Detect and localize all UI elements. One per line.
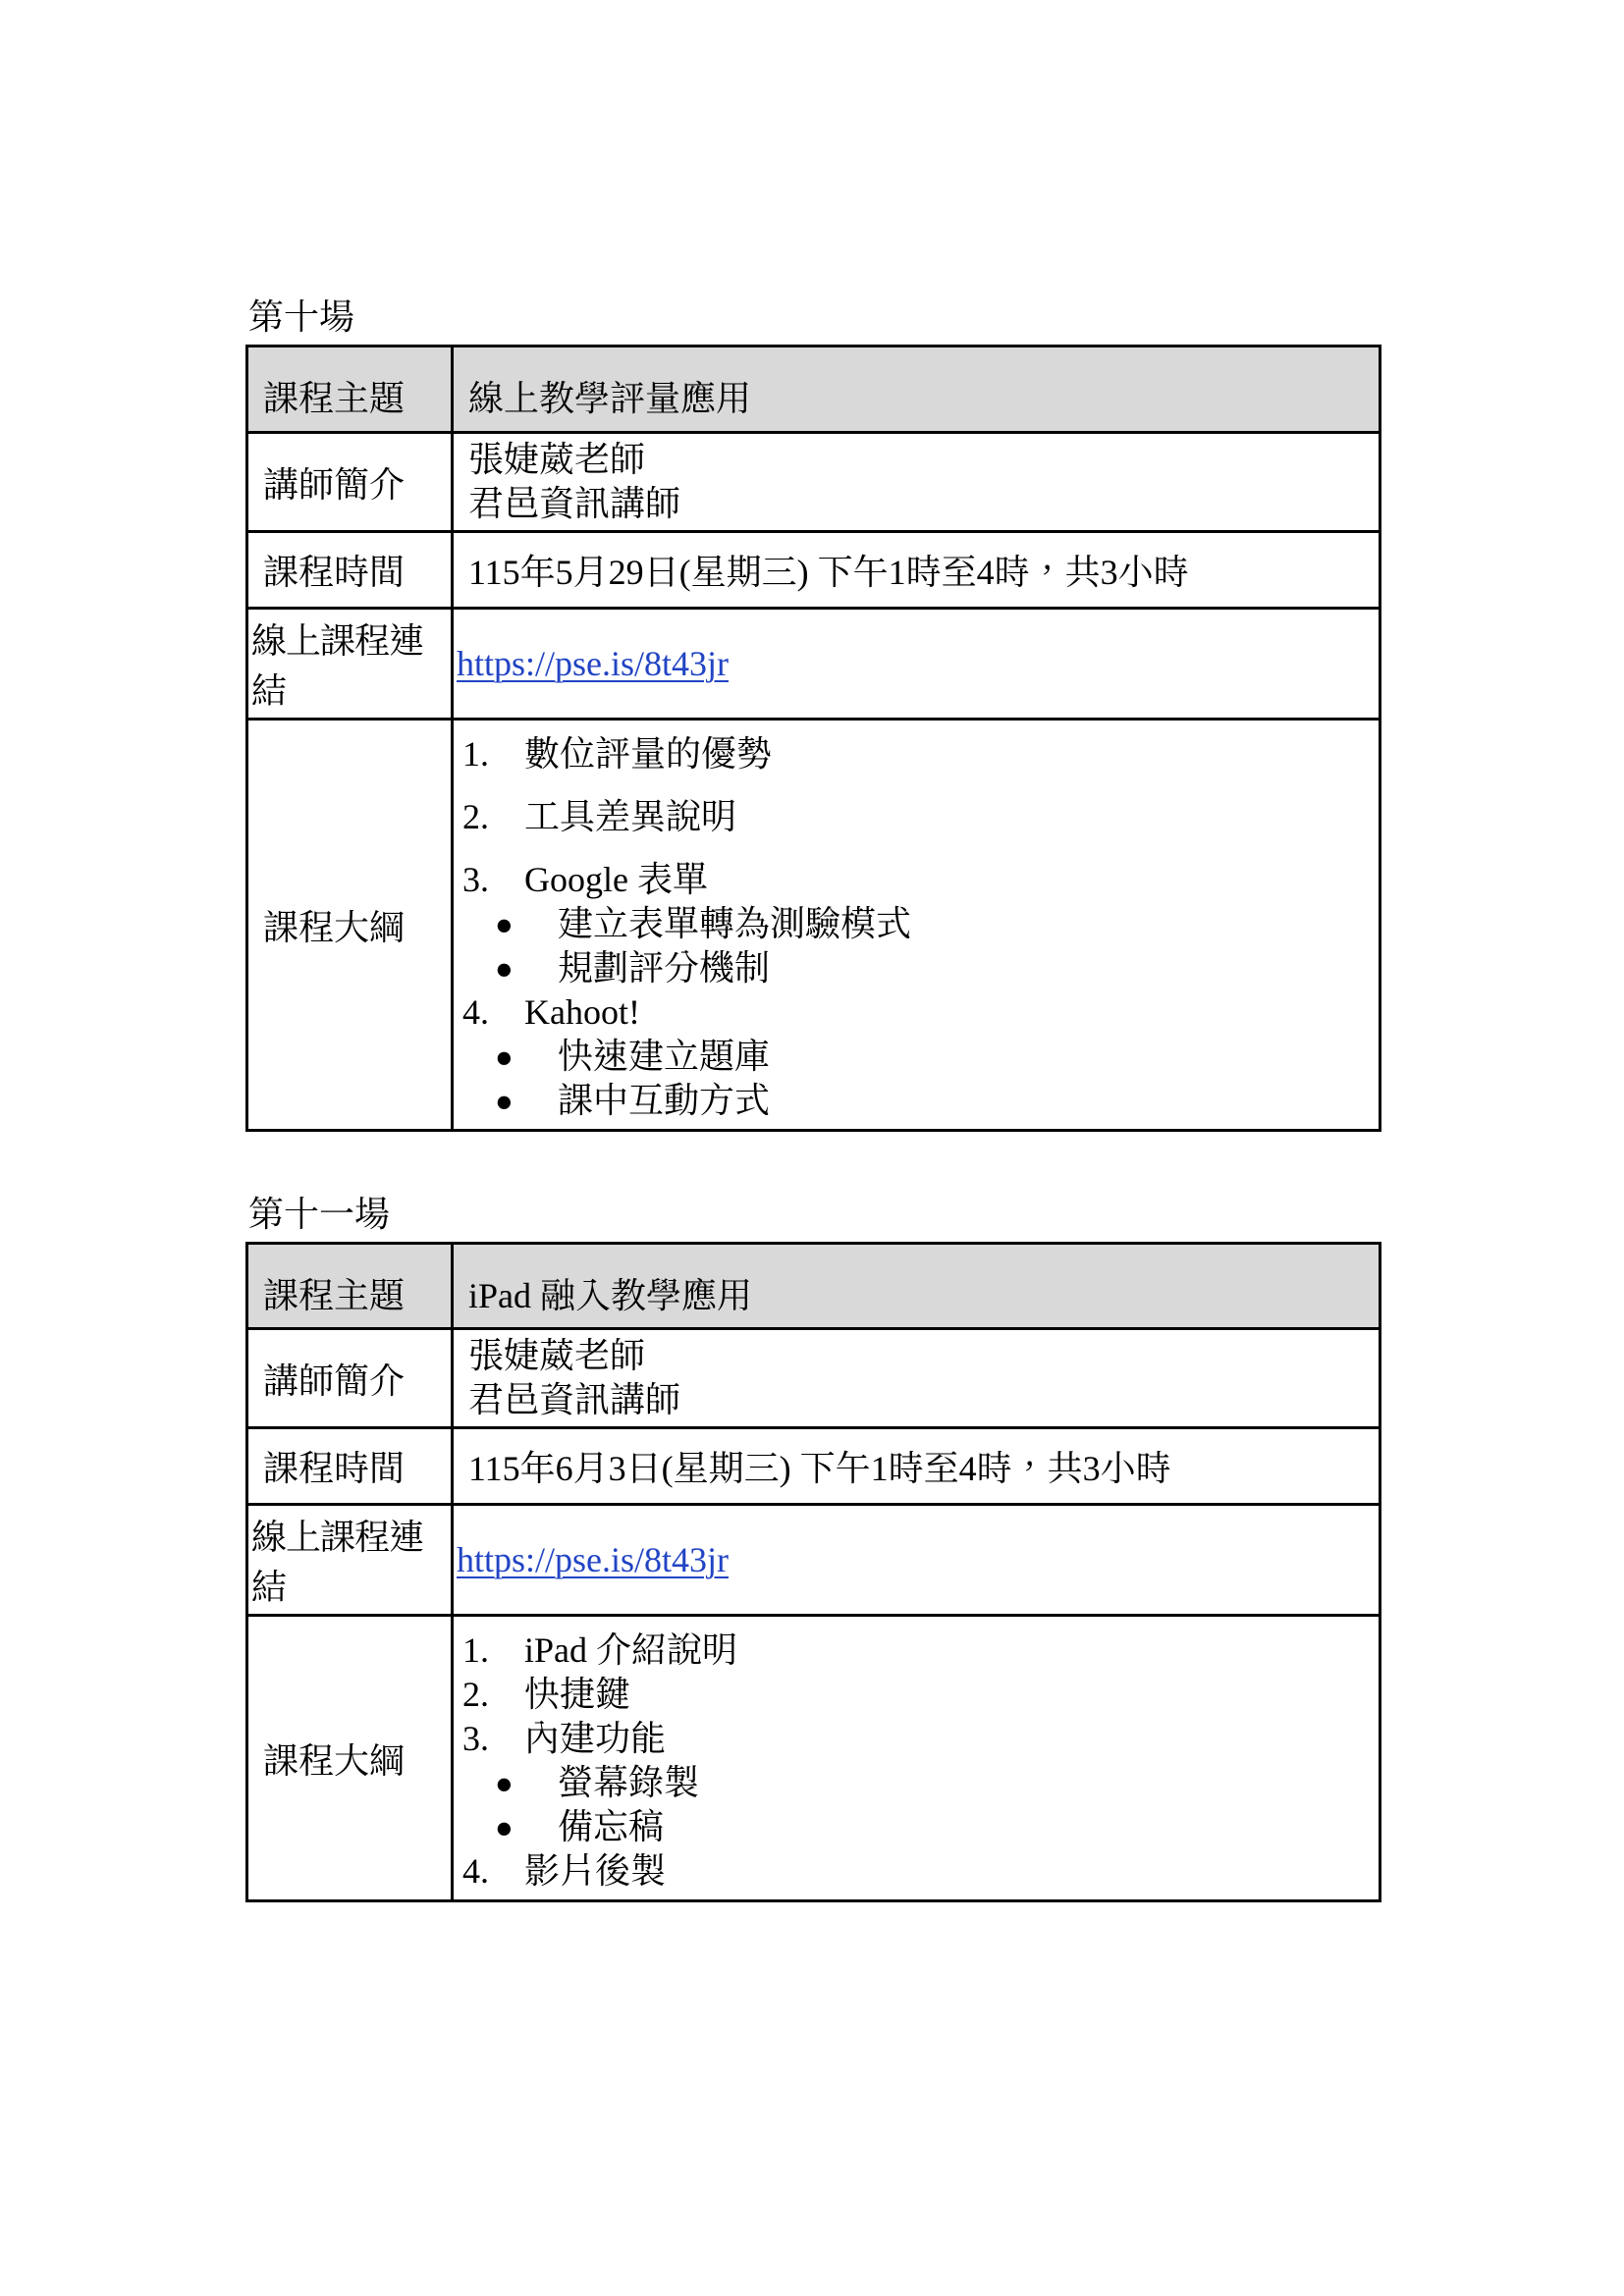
outline-item: ● 快速建立題庫 [454,1035,1373,1079]
outline-list: 1. iPad 介紹說明 2. 快捷鍵 3. 內建功能 ● 螢幕錄製 [453,1616,1380,1901]
outline-item-text: 工具差異說明 [524,795,1373,839]
link-label: 線上課程連結 [247,1505,453,1616]
outline-item-text: iPad 介紹說明 [524,1629,1373,1673]
list-number: 4. [454,1849,524,1894]
table-row-link: 線上課程連結 https://pse.is/8t43jr [247,609,1380,720]
course-table-session-11: 課程主題 iPad 融入教學應用 講師簡介 張婕葳老師 君邑資訊講師 課程時間 … [245,1242,1381,1902]
outline-item-text: 影片後製 [524,1849,1373,1894]
outline-item: ● 規劃評分機制 [454,946,1373,990]
time-label: 課程時間 [247,532,453,609]
outline-item: 2. 工具差異說明 [454,795,1373,839]
instructor-line: 張婕葳老師 [468,438,1371,482]
bullet-icon: ● [454,1805,558,1849]
instructor-line: 君邑資訊講師 [468,1378,1371,1422]
time-value: 115年5月29日(星期三) 下午1時至4時，共3小時 [453,532,1380,609]
table-row-topic: 課程主題 iPad 融入教學應用 [247,1244,1380,1329]
course-table-session-10: 課程主題 線上教學評量應用 講師簡介 張婕葳老師 君邑資訊講師 課程時間 115… [245,345,1381,1132]
outline-item-text: 快速建立題庫 [558,1035,1373,1079]
document-page: { "page": { "background": "#ffffff", "te… [0,0,1624,2296]
outline-item-text: 螢幕錄製 [558,1761,1373,1805]
instructor-line: 張婕葳老師 [468,1334,1371,1378]
table-row-topic: 課程主題 線上教學評量應用 [247,347,1380,433]
link-label: 線上課程連結 [247,609,453,720]
list-number: 1. [454,1629,524,1673]
outline-item-text: 數位評量的優勢 [524,732,1373,776]
outline-item-text: Kahoot! [524,990,1373,1035]
table-row-link: 線上課程連結 https://pse.is/8t43jr [247,1505,1380,1616]
table-row-time: 課程時間 115年5月29日(星期三) 下午1時至4時，共3小時 [247,532,1380,609]
session-heading: 第十場 [248,0,1379,339]
instructor-value: 張婕葳老師 君邑資訊講師 [453,433,1380,532]
outline-item: 3. Google 表單 [454,858,1373,902]
course-link[interactable]: https://pse.is/8t43jr [457,1540,729,1579]
bullet-icon: ● [454,902,558,946]
list-number: 2. [454,795,524,839]
instructor-value: 張婕葳老師 君邑資訊講師 [453,1329,1380,1428]
table-row-outline: 課程大綱 1. iPad 介紹說明 2. 快捷鍵 3. 內建功能 [247,1616,1380,1901]
outline-item-text: Google 表單 [524,858,1373,902]
outline-label: 課程大綱 [247,1616,453,1901]
table-row-instructor: 講師簡介 張婕葳老師 君邑資訊講師 [247,1329,1380,1428]
outline-label: 課程大綱 [247,720,453,1131]
outline-item: ● 螢幕錄製 [454,1761,1373,1805]
link-cell: https://pse.is/8t43jr [453,609,1380,720]
table-row-instructor: 講師簡介 張婕葳老師 君邑資訊講師 [247,433,1380,532]
bullet-icon: ● [454,1761,558,1805]
outline-item-text: 內建功能 [524,1717,1373,1761]
outline-item: 2. 快捷鍵 [454,1673,1373,1717]
bullet-icon: ● [454,1035,558,1079]
outline-list: 1. 數位評量的優勢 2. 工具差異說明 3. Google 表單 ● 建立表單… [453,720,1380,1131]
table-row-outline: 課程大綱 1. 數位評量的優勢 2. 工具差異說明 3. Google 表單 [247,720,1380,1131]
outline-item-text: 快捷鍵 [524,1673,1373,1717]
list-number: 3. [454,858,524,902]
instructor-label: 講師簡介 [247,433,453,532]
list-number: 4. [454,990,524,1035]
list-number: 2. [454,1673,524,1717]
page-content: 第十場 課程主題 線上教學評量應用 講師簡介 張婕葳老師 君邑資訊講師 課程時間… [245,0,1379,1902]
topic-value: 線上教學評量應用 [453,347,1380,433]
instructor-line: 君邑資訊講師 [468,482,1371,526]
outline-item: ● 備忘稿 [454,1805,1373,1849]
topic-value: iPad 融入教學應用 [453,1244,1380,1329]
outline-item: 4. 影片後製 [454,1849,1373,1894]
outline-item: 1. 數位評量的優勢 [454,732,1373,776]
link-cell: https://pse.is/8t43jr [453,1505,1380,1616]
outline-item: 1. iPad 介紹說明 [454,1629,1373,1673]
outline-item: ● 課中互動方式 [454,1079,1373,1123]
time-label: 課程時間 [247,1428,453,1505]
bullet-icon: ● [454,1079,558,1123]
list-number: 3. [454,1717,524,1761]
course-link[interactable]: https://pse.is/8t43jr [457,644,729,683]
outline-item: 4. Kahoot! [454,990,1373,1035]
outline-item-text: 備忘稿 [558,1805,1373,1849]
session-heading: 第十一場 [248,1132,1379,1236]
outline-item-text: 規劃評分機制 [558,946,1373,990]
list-number: 1. [454,732,524,776]
time-value: 115年6月3日(星期三) 下午1時至4時，共3小時 [453,1428,1380,1505]
bullet-icon: ● [454,946,558,990]
outline-item: 3. 內建功能 [454,1717,1373,1761]
table-row-time: 課程時間 115年6月3日(星期三) 下午1時至4時，共3小時 [247,1428,1380,1505]
topic-label: 課程主題 [247,347,453,433]
outline-item-text: 課中互動方式 [558,1079,1373,1123]
outline-item-text: 建立表單轉為測驗模式 [558,902,1373,946]
instructor-label: 講師簡介 [247,1329,453,1428]
topic-label: 課程主題 [247,1244,453,1329]
outline-item: ● 建立表單轉為測驗模式 [454,902,1373,946]
